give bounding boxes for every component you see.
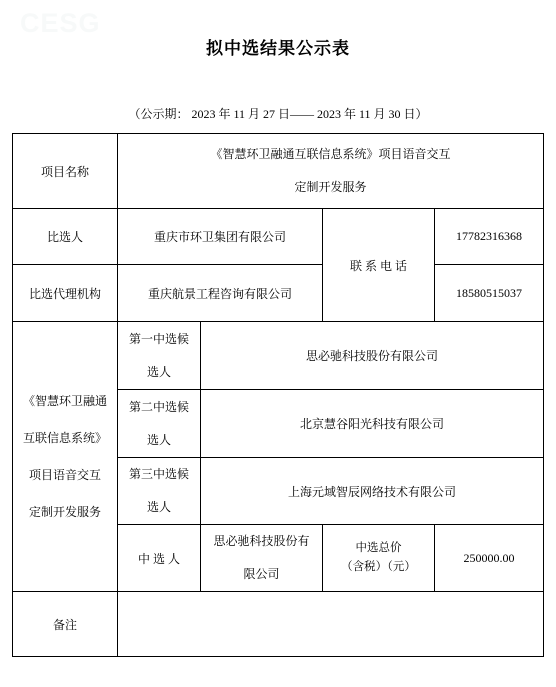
project-span-line1: 《智慧环卫融通 xyxy=(15,383,115,420)
page-title: 拟中选结果公示表 xyxy=(0,34,556,59)
candidate-3-company-cell: 上海元域智辰网络技术有限公司 xyxy=(201,458,544,525)
table-row-project-name: 项目名称 《智慧环卫融通互联信息系统》项目语音交互 定制开发服务 xyxy=(13,134,544,209)
winner-price-label-line2: （含税）（元） xyxy=(325,558,432,577)
candidate-1-label-line2: 选人 xyxy=(120,356,198,389)
project-name-line2: 定制开发服务 xyxy=(120,171,541,204)
winner-label-cell: 中 选 人 xyxy=(118,525,201,592)
candidate-3-label-cell: 第三中选候 选人 xyxy=(118,458,201,525)
winner-price-label-cell: 中选总价 （含税）（元） xyxy=(323,525,435,592)
table-row-agency: 比选代理机构 重庆航景工程咨询有限公司 18580515037 xyxy=(13,265,544,322)
candidate-2-label-line2: 选人 xyxy=(120,424,198,457)
candidate-3-label-line1: 第三中选候 xyxy=(120,458,198,491)
result-table: 项目名称 《智慧环卫融通互联信息系统》项目语音交互 定制开发服务 比选人 重庆市… xyxy=(12,133,544,657)
candidate-2-label-line1: 第二中选候 xyxy=(120,391,198,424)
project-span-line2: 互联信息系统》 xyxy=(15,420,115,457)
publicity-period: （公示期： 2023 年 11 月 27 日—— 2023 年 11 月 30 … xyxy=(0,105,556,122)
project-name-value-cell: 《智慧环卫融通互联信息系统》项目语音交互 定制开发服务 xyxy=(118,134,544,209)
selector-label-cell: 比选人 xyxy=(13,209,118,265)
project-span-cell: 《智慧环卫融通 互联信息系统》 项目语音交互 定制开发服务 xyxy=(13,322,118,592)
project-span-line3: 项目语音交互 xyxy=(15,457,115,494)
winner-company-line2: 限公司 xyxy=(203,558,320,591)
agency-company-cell: 重庆航景工程咨询有限公司 xyxy=(118,265,323,322)
winner-company-cell: 思必驰科技股份有 限公司 xyxy=(201,525,323,592)
candidate-2-label-cell: 第二中选候 选人 xyxy=(118,390,201,458)
winner-company-line1: 思必驰科技股份有 xyxy=(203,525,320,558)
candidate-2-company-cell: 北京慧谷阳光科技有限公司 xyxy=(201,390,544,458)
table-row-selector: 比选人 重庆市环卫集团有限公司 联 系 电 话 17782316368 xyxy=(13,209,544,265)
project-name-line1: 《智慧环卫融通互联信息系统》项目语音交互 xyxy=(120,138,541,171)
winner-price-label-line1: 中选总价 xyxy=(325,539,432,558)
agency-phone-cell: 18580515037 xyxy=(435,265,544,322)
candidate-1-label-cell: 第一中选候 选人 xyxy=(118,322,201,390)
candidate-1-label-line1: 第一中选候 xyxy=(120,323,198,356)
candidate-3-label-line2: 选人 xyxy=(120,491,198,524)
contact-phone-label-cell: 联 系 电 话 xyxy=(323,209,435,322)
agency-label-cell: 比选代理机构 xyxy=(13,265,118,322)
table-row-remark: 备注 xyxy=(13,592,544,657)
remark-value-cell xyxy=(118,592,544,657)
selector-phone-cell: 17782316368 xyxy=(435,209,544,265)
selector-company-cell: 重庆市环卫集团有限公司 xyxy=(118,209,323,265)
project-name-label-cell: 项目名称 xyxy=(13,134,118,209)
table-row-candidate-1: 《智慧环卫融通 互联信息系统》 项目语音交互 定制开发服务 第一中选候 选人 思… xyxy=(13,322,544,390)
document-page: CESG 拟中选结果公示表 （公示期： 2023 年 11 月 27 日—— 2… xyxy=(0,0,556,687)
candidate-1-company-cell: 思必驰科技股份有限公司 xyxy=(201,322,544,390)
winner-price-value-cell: 250000.00 xyxy=(435,525,544,592)
project-span-line4: 定制开发服务 xyxy=(15,494,115,531)
remark-label-cell: 备注 xyxy=(13,592,118,657)
